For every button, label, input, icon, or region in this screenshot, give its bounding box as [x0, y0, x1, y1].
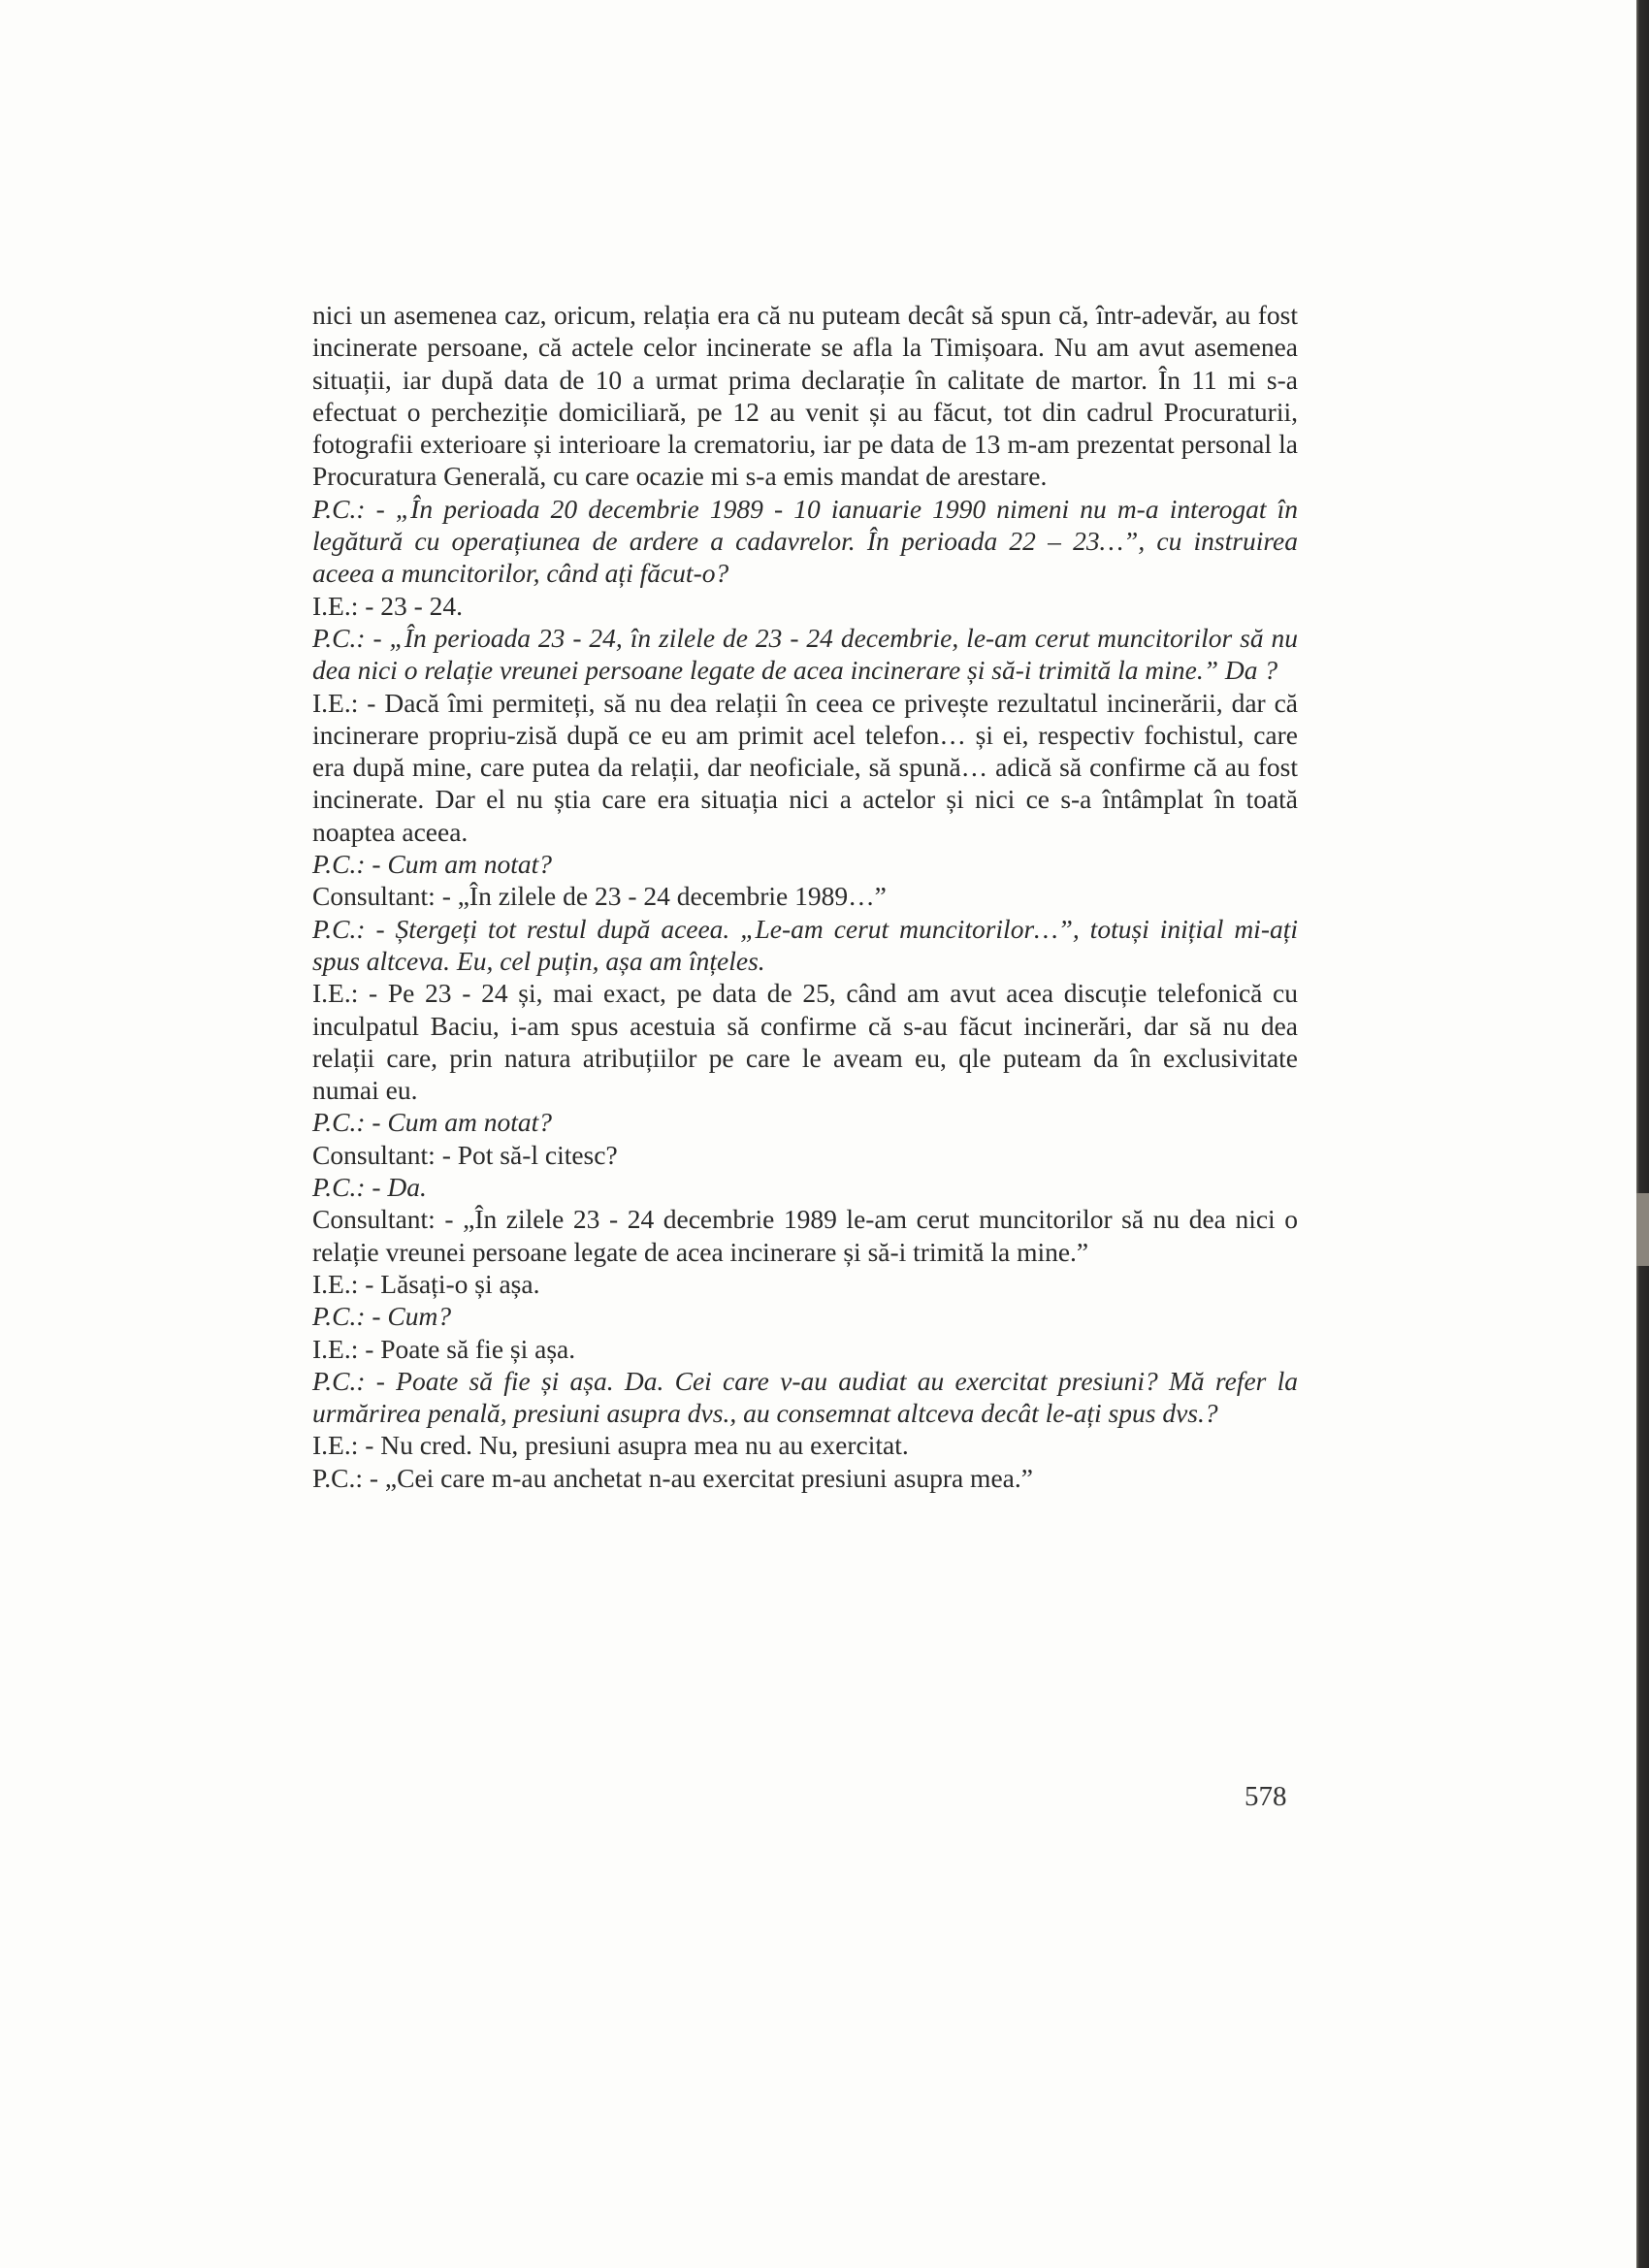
speaker-label: I.E.: — [312, 591, 358, 621]
paragraph-text: - Ștergeți tot restul după aceea. „Le-am… — [312, 914, 1298, 976]
scan-edge-highlight — [1636, 1193, 1649, 1266]
dialogue-pc: P.C.: - Cum? — [312, 1300, 1298, 1332]
speaker-label: I.E.: — [312, 1269, 358, 1299]
speaker-label: P.C.: — [312, 1172, 366, 1202]
paragraph-text: - Cum? — [372, 1301, 451, 1331]
dialogue-consultant: Consultant: - Pot să-l citesc? — [312, 1139, 1298, 1171]
dialogue-pc: P.C.: - Cum am notat? — [312, 848, 1298, 880]
paragraph-text: - Da. — [372, 1172, 427, 1202]
scan-binding-edge — [1636, 0, 1649, 2268]
dialogue-pc: P.C.: - Poate să fie și așa. Da. Cei car… — [312, 1365, 1298, 1430]
dialogue-pc: P.C.: - Cum am notat? — [312, 1106, 1298, 1138]
paragraph-text: - „În perioada 20 decembrie 1989 - 10 ia… — [312, 494, 1298, 589]
speaker-label: Consultant: — [312, 881, 436, 911]
dialogue-consultant: Consultant: - „În zilele 23 - 24 decembr… — [312, 1203, 1298, 1268]
paragraph-text: - 23 - 24. — [365, 591, 463, 621]
speaker-label: P.C.: — [312, 1301, 366, 1331]
dialogue-pc: P.C.: - „În perioada 20 decembrie 1989 -… — [312, 493, 1298, 590]
paragraph-text: - Dacă îmi permiteți, să nu dea relații … — [312, 688, 1298, 847]
speaker-label: I.E.: — [312, 1334, 358, 1364]
speaker-label: Consultant: — [312, 1204, 436, 1234]
paragraph-text: - Pot să-l citesc? — [442, 1140, 618, 1170]
speaker-label: P.C.: — [312, 849, 366, 879]
dialogue-ie: I.E.: - 23 - 24. — [312, 590, 1298, 622]
speaker-label: P.C.: — [312, 1366, 366, 1396]
speaker-label: Consultant: — [312, 1140, 436, 1170]
speaker-label: P.C.: — [312, 914, 366, 944]
paragraph-text: - Lăsați-o și așa. — [365, 1269, 539, 1299]
speaker-label: P.C.: — [312, 1107, 366, 1137]
paragraph-text: - „Cei care m-au anchetat n-au exercitat… — [370, 1463, 1033, 1493]
paragraph-text: - Nu cred. Nu, presiuni asupra mea nu au… — [365, 1430, 908, 1460]
paragraph-text: - Poate să fie și așa. — [365, 1334, 575, 1364]
paragraph-text: - Pe 23 - 24 și, mai exact, pe data de 2… — [312, 978, 1298, 1105]
dialogue-pc: P.C.: - Da. — [312, 1171, 1298, 1203]
paragraph-text: - Cum am notat? — [372, 1107, 552, 1137]
dialogue-ie: I.E.: - Dacă îmi permiteți, să nu dea re… — [312, 687, 1298, 848]
dialogue-ie: I.E.: - Poate să fie și așa. — [312, 1333, 1298, 1365]
paragraph-text: - Cum am notat? — [372, 849, 552, 879]
dialogue-ie: I.E.: - Nu cred. Nu, presiuni asupra mea… — [312, 1429, 1298, 1461]
speaker-label: I.E.: — [312, 978, 358, 1008]
paragraph-text: - Poate să fie și așa. Da. Cei care v-au… — [312, 1366, 1298, 1428]
speaker-label: P.C.: — [312, 1463, 363, 1493]
paragraph-text: - „În perioada 23 - 24, în zilele de 23 … — [312, 623, 1298, 685]
dialogue-pc: P.C.: - „Cei care m-au anchetat n-au exe… — [312, 1462, 1298, 1494]
dialogue-pc: P.C.: - Ștergeți tot restul după aceea. … — [312, 913, 1298, 978]
speaker-label: P.C.: — [312, 494, 366, 524]
speaker-label: I.E.: — [312, 688, 358, 718]
paragraph-text: - „În zilele de 23 - 24 decembrie 1989…” — [442, 881, 887, 911]
document-page-body: nici un asemenea caz, oricum, relația er… — [312, 299, 1298, 1494]
paragraph-text: - „În zilele 23 - 24 decembrie 1989 le-a… — [312, 1204, 1298, 1266]
paragraph-narrative: nici un asemenea caz, oricum, relația er… — [312, 299, 1298, 493]
dialogue-pc: P.C.: - „În perioada 23 - 24, în zilele … — [312, 622, 1298, 687]
dialogue-ie: I.E.: - Pe 23 - 24 și, mai exact, pe dat… — [312, 977, 1298, 1106]
speaker-label: I.E.: — [312, 1430, 358, 1460]
dialogue-consultant: Consultant: - „În zilele de 23 - 24 dece… — [312, 880, 1298, 912]
dialogue-ie: I.E.: - Lăsați-o și așa. — [312, 1268, 1298, 1300]
speaker-label: P.C.: — [312, 623, 366, 653]
page-number: 578 — [1245, 1781, 1287, 1813]
paragraph-text: nici un asemenea caz, oricum, relația er… — [312, 300, 1298, 491]
